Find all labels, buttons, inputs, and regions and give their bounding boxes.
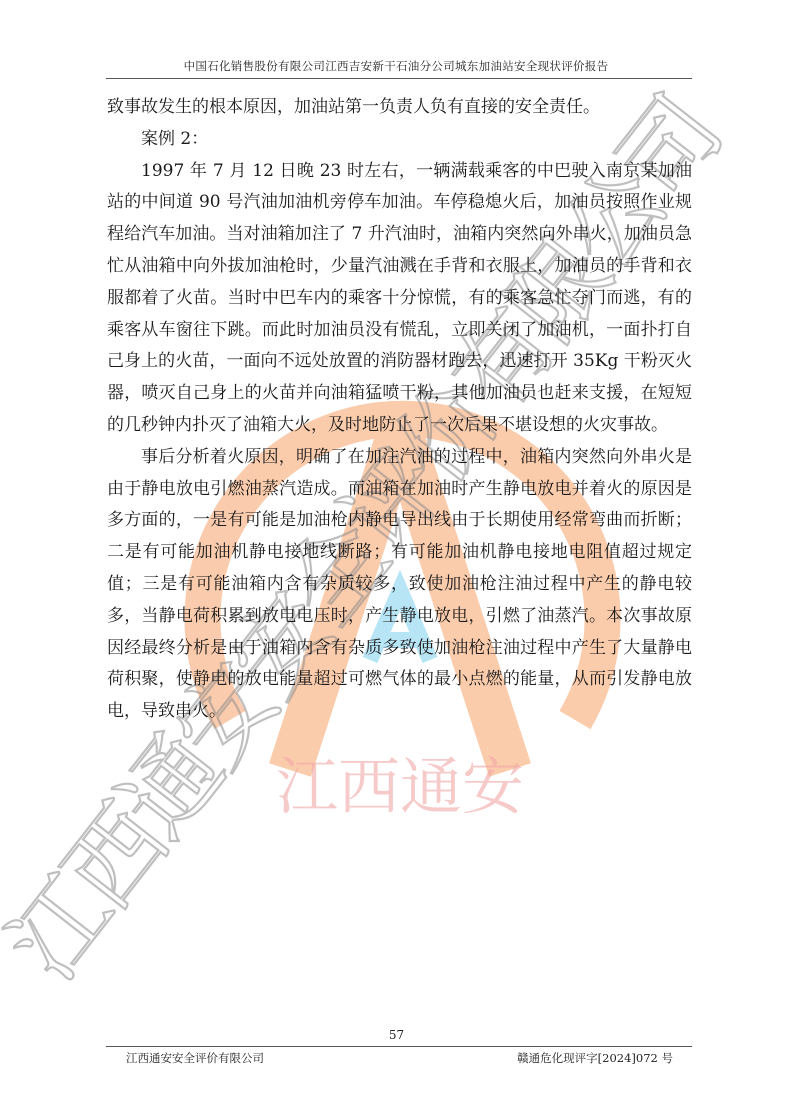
document-page: 江西通安 江西通安安全评价有限公司 中国石化销售股份有限公司江西吉安新干石油分公…	[0, 0, 793, 1120]
paragraph: 1997 年 7 月 12 日晚 23 时左右，一辆满载乘客的中巴驶入南京某加油…	[107, 156, 692, 442]
document-body: 致事故发生的根本原因，加油站第一负责人负有直接的安全责任。 案例 2： 1997…	[107, 92, 692, 728]
footer-company: 江西通安安全评价有限公司	[126, 1050, 264, 1066]
header-divider	[106, 78, 692, 79]
footer-divider	[106, 1046, 692, 1047]
case-heading: 案例 2：	[107, 124, 692, 156]
watermark-brand-text: 江西通安	[276, 750, 524, 823]
page-number: 57	[0, 1028, 793, 1042]
header-title: 中国石化销售股份有限公司江西吉安新干石油分公司城东加油站安全现状评价报告	[106, 58, 686, 74]
paragraph: 致事故发生的根本原因，加油站第一负责人负有直接的安全责任。	[107, 92, 692, 124]
footer-doc-number: 赣通危化现评字[2024]072 号	[517, 1050, 673, 1066]
paragraph: 事后分析着火原因，明确了在加注汽油的过程中，油箱内突然向外串火是由于静电放电引燃…	[107, 442, 692, 728]
